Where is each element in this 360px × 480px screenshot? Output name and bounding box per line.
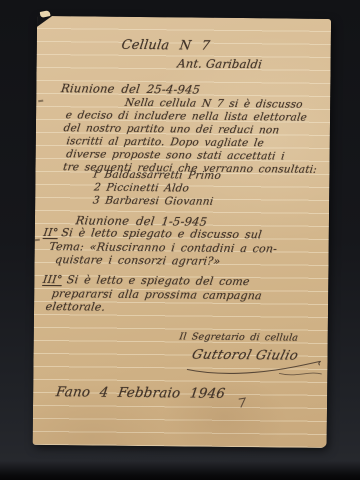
reduci-list-item: 2 Piccinetti Aldo <box>93 183 189 194</box>
meeting3-marker: III° <box>42 274 63 285</box>
meeting3-line: prepararsi alla prossima campagna <box>51 288 263 301</box>
meeting1-line: Nella cellula N 7 si è discusso <box>124 98 303 110</box>
meeting1-heading: Riunione del 25-4-945 <box>60 83 201 96</box>
paper-sheet: Cellula N 7 Ant. Garibaldi Riunione del … <box>33 16 331 448</box>
meeting1-line: del nostro partito uno dei reduci non <box>63 123 280 136</box>
meeting1-line: e deciso di includere nella lista eletto… <box>65 110 308 123</box>
cell-subtitle: Ant. Garibaldi <box>177 58 263 70</box>
meeting3-line: elettorale. <box>45 301 106 313</box>
footer-place-date: Fano 4 Febbraio 1946 <box>55 386 226 401</box>
ink-mark <box>35 239 40 241</box>
meeting1-line: iscritti al partito. Dopo vagliate le <box>66 136 265 149</box>
meeting3-line: Si è letto e spiegato del come <box>66 274 250 287</box>
corner-fold <box>37 16 52 27</box>
meeting2-marker: II° <box>43 227 59 238</box>
ink-mark <box>238 397 247 408</box>
signature-role: Il Segretario di cellula <box>179 332 299 343</box>
scanned-photo: Cellula N 7 Ant. Garibaldi Riunione del … <box>0 0 360 480</box>
ink-mark <box>38 100 43 102</box>
reduci-list-item: 3 Barbaresi Giovanni <box>92 195 214 207</box>
signature-flourish <box>183 353 323 380</box>
meeting2-line: Si è letto spiegato e discusso sul <box>61 227 263 240</box>
reduci-list-item: 1 Baldassarretti Primo <box>91 169 221 181</box>
meeting2-line: quistare i consorzi agrari?» <box>54 254 221 267</box>
cell-title: Cellula N 7 <box>121 39 211 53</box>
meeting1-line: diverse proposte sono stati accettati i <box>66 149 286 162</box>
